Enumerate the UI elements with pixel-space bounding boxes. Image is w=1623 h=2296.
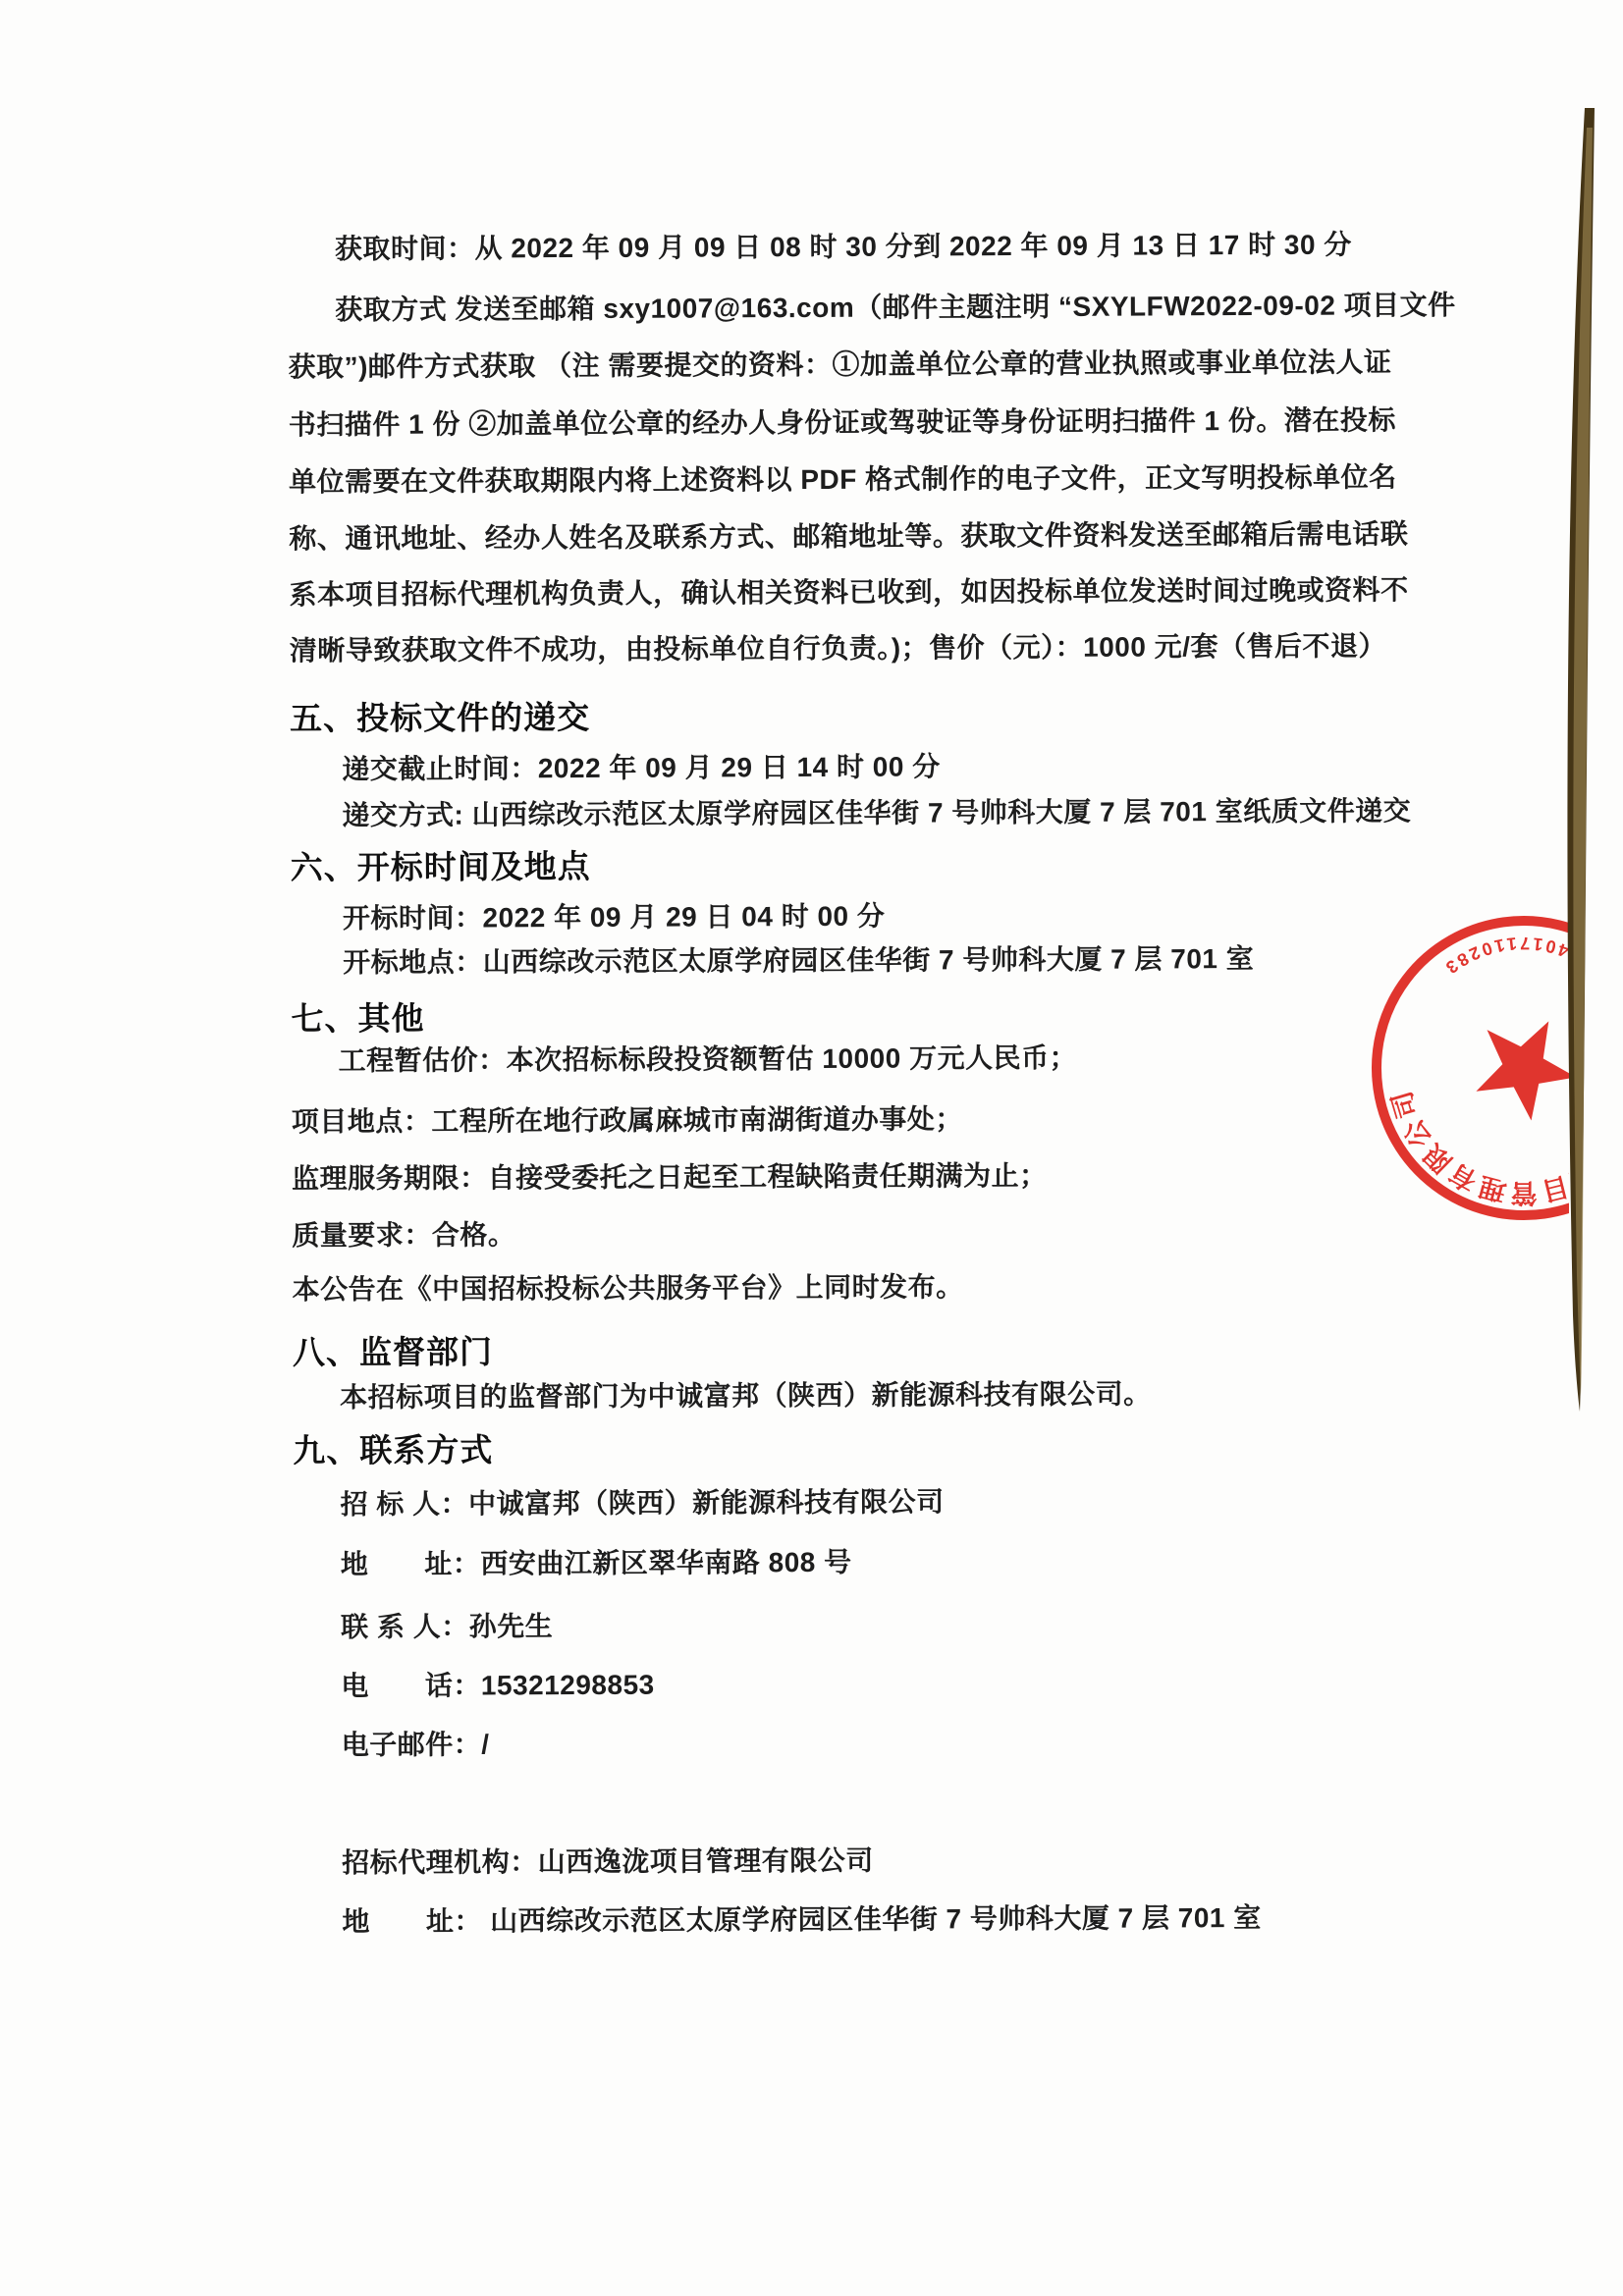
acquisition-paragraph-line: 称、通讯地址、经办人姓名及联系方式、邮箱地址等。获取文件资料发送至邮箱后需电话联 xyxy=(289,514,1408,559)
acquisition-paragraph-line: 书扫描件 1 份 ②加盖单位公章的经办人身份证或驾驶证等身份证明扫描件 1 份。… xyxy=(289,400,1396,445)
acquisition-paragraph-line: 系本项目招标代理机构负责人，确认相关资料已收到，如因投标单位发送时间过晚或资料不 xyxy=(289,570,1408,614)
tenderer-line: 招 标 人：中诚富邦（陕西）新能源科技有限公司 xyxy=(340,1482,944,1524)
contact-person-line: 联 系 人：孙先生 xyxy=(341,1607,553,1647)
section-6-title: 六、开标时间及地点 xyxy=(291,845,591,889)
supervision-period-line: 监理服务期限：自接受委托之日起至工程缺陷责任期满为止； xyxy=(292,1156,1048,1199)
bid-opening-place-line: 开标地点：山西综改示范区太原学府园区佳华街 7 号帅科大厦 7 层 701 室 xyxy=(343,939,1254,983)
document-text-layer: 获取时间：从 2022 年 09 月 09 日 08 时 30 分到 2022 … xyxy=(0,0,1623,2296)
scanned-document-page: 获取时间：从 2022 年 09 月 09 日 08 时 30 分到 2022 … xyxy=(0,0,1623,2296)
submission-method-line: 递交方式: 山西综改示范区太原学府园区佳华街 7 号帅科大厦 7 层 701 室… xyxy=(342,791,1411,835)
acquisition-time-line: 获取时间：从 2022 年 09 月 09 日 08 时 30 分到 2022 … xyxy=(335,226,1352,270)
section-8-title: 八、监督部门 xyxy=(293,1330,493,1374)
bid-opening-time-line: 开标时间：2022 年 09 月 29 日 04 时 00 分 xyxy=(343,897,886,938)
agency-line: 招标代理机构：山西逸泷项目管理有限公司 xyxy=(342,1842,874,1883)
section-5-title: 五、投标文件的递交 xyxy=(290,696,590,740)
section-7-title: 七、其他 xyxy=(291,997,424,1041)
project-location-line: 项目地点：工程所在地行政属麻城市南湖街道办事处； xyxy=(292,1099,963,1142)
submission-deadline-line: 递交截止时间：2022 年 09 月 29 日 14 时 00 分 xyxy=(342,747,941,789)
phone-line: 电 话：15321298853 xyxy=(341,1666,654,1706)
supervision-department-line: 本招标项目的监督部门为中诚富邦（陕西）新能源科技有限公司。 xyxy=(340,1374,1152,1417)
acquisition-paragraph-line: 获取方式 发送至邮箱 sxy1007@163.com（邮件主题注明 “SXYLF… xyxy=(335,286,1456,330)
email-line: 电子邮件：/ xyxy=(342,1725,490,1765)
acquisition-paragraph-line: 单位需要在文件获取期限内将上述资料以 PDF 格式制作的电子文件，正文写明投标单… xyxy=(289,457,1397,502)
acquisition-paragraph-line: 获取”)邮件方式获取 （注 需要提交的资料：①加盖单位公章的营业执照或事业单位法… xyxy=(288,343,1391,387)
tenderer-address-line: 地 址：西安曲江新区翠华南路 808 号 xyxy=(341,1543,852,1584)
section-9-title: 九、联系方式 xyxy=(293,1428,493,1472)
acquisition-paragraph-line: 清晰导致获取文件不成功，由投标单位自行负责。)；售价（元）：1000 元/套（售… xyxy=(290,626,1386,670)
announcement-platform-line: 本公告在《中国招标投标公共服务平台》上同时发布。 xyxy=(293,1267,964,1309)
agency-address-line: 地 址： 山西综改示范区太原学府园区佳华街 7 号帅科大厦 7 层 701 室 xyxy=(342,1898,1261,1942)
project-estimate-line: 工程暂估价：本次招标标段投资额暂估 10000 万元人民币； xyxy=(339,1039,1078,1081)
quality-requirement-line: 质量要求：合格。 xyxy=(292,1215,515,1255)
